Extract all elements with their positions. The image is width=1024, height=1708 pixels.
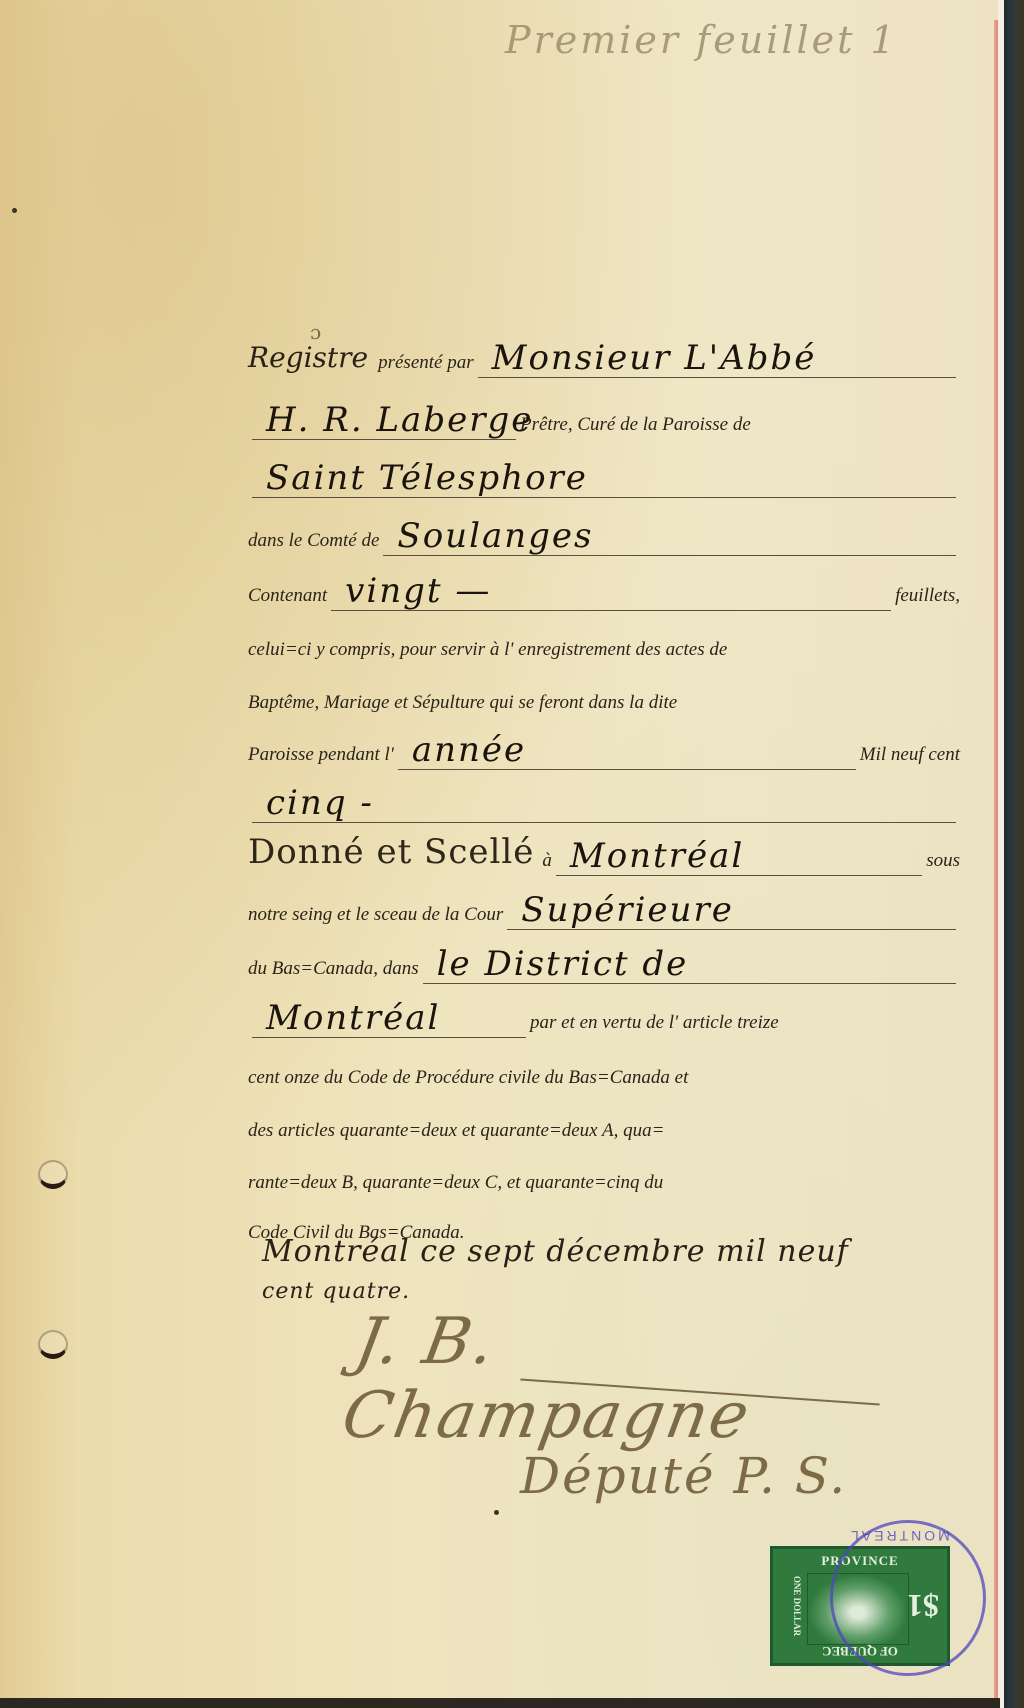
form-line-registre: Registre présenté par Monsieur L'Abbé — [248, 330, 960, 378]
printed-text: cent onze du Code de Procédure civile du… — [248, 1067, 688, 1093]
filled-field-year: année — [398, 727, 856, 770]
signature-block: J. B. Champagne Député P. S. — [350, 1305, 910, 1505]
form-line-printed: rante=deux B, quarante=deux C, et quaran… — [248, 1150, 960, 1198]
printed-text: rante=deux B, quarante=deux C, et quaran… — [248, 1172, 663, 1198]
speck-mark — [12, 208, 17, 213]
printed-text: celui=ci y compris, pour servir à l' enr… — [248, 639, 727, 665]
punch-hole-icon — [38, 1160, 68, 1189]
filled-field-leaves: vingt — — [331, 568, 891, 611]
form-line-court: notre seing et le sceau de la Cour Supér… — [248, 882, 960, 930]
handwritten-date: Montréal ce sept décembre mil neuf cent … — [262, 1232, 962, 1312]
form-line-district: du Bas=Canada, dans le District de — [248, 936, 960, 984]
filled-field-court: Supérieure — [507, 887, 956, 930]
form-line-printed: cent onze du Code de Procédure civile du… — [248, 1045, 960, 1093]
postmark-text: MONTREAL — [848, 1528, 950, 1544]
filled-field-district: le District de — [423, 941, 956, 984]
printed-text: des articles quarante=deux et quarante=d… — [248, 1120, 664, 1146]
printed-text: par et en vertu de l' article treize — [530, 1012, 779, 1038]
form-line-parish: Saint Télesphore — [248, 450, 960, 498]
form-line-printed: Baptême, Mariage et Sépulture qui se fer… — [248, 670, 960, 718]
printed-text: sous — [926, 850, 960, 876]
form-line-priest: H. R. Laberge Prêtre, Curé de la Paroiss… — [248, 392, 960, 440]
printed-text: du Bas=Canada, dans — [248, 958, 419, 984]
form-line-year-number: cinq - — [248, 775, 960, 823]
printed-text: feuillets, — [895, 585, 960, 611]
signature-name: J. B. Champagne — [337, 1305, 923, 1453]
pencil-annotation: Premier feuillet 1 — [505, 18, 975, 62]
given-sealed-heading: Donné et Scellé — [248, 832, 534, 876]
filled-field-presenter: Monsieur L'Abbé — [478, 335, 956, 378]
form-line-county: dans le Comté de Soulanges — [248, 508, 960, 556]
form-line-district-name: Montréal par et en vertu de l' article t… — [248, 990, 960, 1038]
registre-heading: Registre — [248, 341, 368, 378]
form-line-printed: des articles quarante=deux et quarante=d… — [248, 1098, 960, 1146]
printed-text: Baptême, Mariage et Sépulture qui se fer… — [248, 692, 677, 718]
printed-text: Prêtre, Curé de la Paroisse de — [520, 414, 751, 440]
stamp-side-text: ONE DOLLAR — [792, 1556, 802, 1656]
filled-field-year-number: cinq - — [252, 780, 956, 823]
form-line-leaves: Contenant vingt — feuillets, — [248, 563, 960, 611]
speck-mark — [494, 1510, 499, 1515]
printed-text: à — [542, 850, 552, 876]
document-page: Premier feuillet 1 ɔ Registre présenté p… — [0, 0, 1000, 1708]
form-line-given-sealed: Donné et Scellé à Montréal sous — [248, 828, 960, 876]
printed-text: Contenant — [248, 585, 327, 611]
form-line-year: Paroisse pendant l' année Mil neuf cent — [248, 722, 960, 770]
printed-text: Paroisse pendant l' — [248, 744, 394, 770]
date-line-1: Montréal ce sept décembre mil neuf — [262, 1232, 962, 1272]
book-binding — [1004, 0, 1024, 1708]
printed-text: présenté par — [378, 352, 474, 378]
form-line-printed: celui=ci y compris, pour servir à l' enr… — [248, 617, 960, 665]
printed-text: dans le Comté de — [248, 530, 379, 556]
filled-field-parish: Saint Télesphore — [252, 455, 956, 498]
filled-field-priest-name: H. R. Laberge — [252, 397, 516, 440]
filled-field-county: Soulanges — [383, 513, 956, 556]
punch-hole-icon — [38, 1330, 68, 1359]
filled-field-district-name: Montréal — [252, 995, 526, 1038]
filled-field-city: Montréal — [556, 833, 922, 876]
printed-text: notre seing et le sceau de la Cour — [248, 904, 503, 930]
printed-text: Mil neuf cent — [860, 744, 960, 770]
signature-title: Député P. S. — [520, 1447, 910, 1505]
bottom-edge — [0, 1698, 1000, 1708]
